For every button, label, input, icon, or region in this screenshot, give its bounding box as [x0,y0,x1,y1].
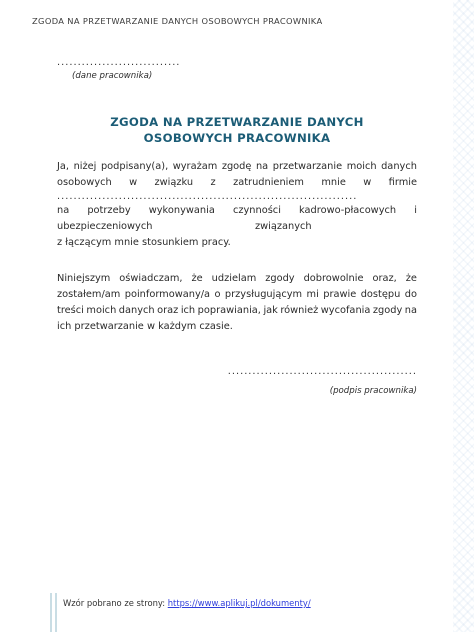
signature-block: ........................................… [223,363,417,396]
footer-accent-bar [50,593,57,632]
footer-source-link[interactable]: https://www.aplikuj.pl/dokumenty/ [168,598,311,608]
declaration-line-2: zostałem/ampoinformowany/aoprzysługujący… [57,287,417,303]
signature-fill-line: ........................................… [223,366,417,378]
consent-line-4: ubezpieczeniowych związanych [57,219,417,235]
document-page: ZGODA NA PRZETWARZANIE DANYCH OSOBOWYCH … [0,0,474,632]
consent-line-1: Ja,niżejpodpisany(a),wyrażamzgodęnaprzet… [57,159,417,175]
company-name-fill-line: ........................................… [57,191,363,203]
employee-data-caption: (dane pracownika) [72,71,179,81]
consent-line-4a: ubezpieczeniowych [57,221,152,232]
signature-caption: (podpis pracownika) [223,386,417,396]
footer: Wzór pobrano ze strony: https://www.apli… [63,598,311,608]
page-edge-texture [453,0,474,632]
consent-line-3: napotrzebywykonywaniaczynnościkadrowo-pł… [57,203,417,219]
declaration-line-3: treścimoichdanychorazichpoprawiania,jakr… [57,303,417,319]
consent-paragraph: Ja,niżejpodpisany(a),wyrażamzgodęnaprzet… [57,159,417,251]
declaration-line-1: Niniejszymoświadczam,żeudzielamzgodydobr… [57,271,417,287]
consent-line-5: z łączącym mnie stosunkiem pracy. [57,235,417,251]
footer-source-label: Wzór pobrano ze strony: [63,598,165,608]
consent-line-4b: związanych [255,219,312,235]
document-header: ZGODA NA PRZETWARZANIE DANYCH OSOBOWYCH … [32,16,322,26]
employee-data-fill-line: .............................. [57,57,179,69]
declaration-line-4: ich przetwarzanie w każdym czasie. [57,319,417,335]
document-title-wrap: ZGODA NA PRZETWARZANIE DANYCH OSOBOWYCH … [0,114,474,146]
employee-data-block: .............................. (dane pra… [57,57,179,81]
consent-line-2: osobowychwzwiązkuzzatrudnieniemmniewfirm… [57,175,417,191]
document-title: ZGODA NA PRZETWARZANIE DANYCH OSOBOWYCH … [67,114,407,146]
declaration-paragraph: Niniejszymoświadczam,żeudzielamzgodydobr… [57,271,417,335]
